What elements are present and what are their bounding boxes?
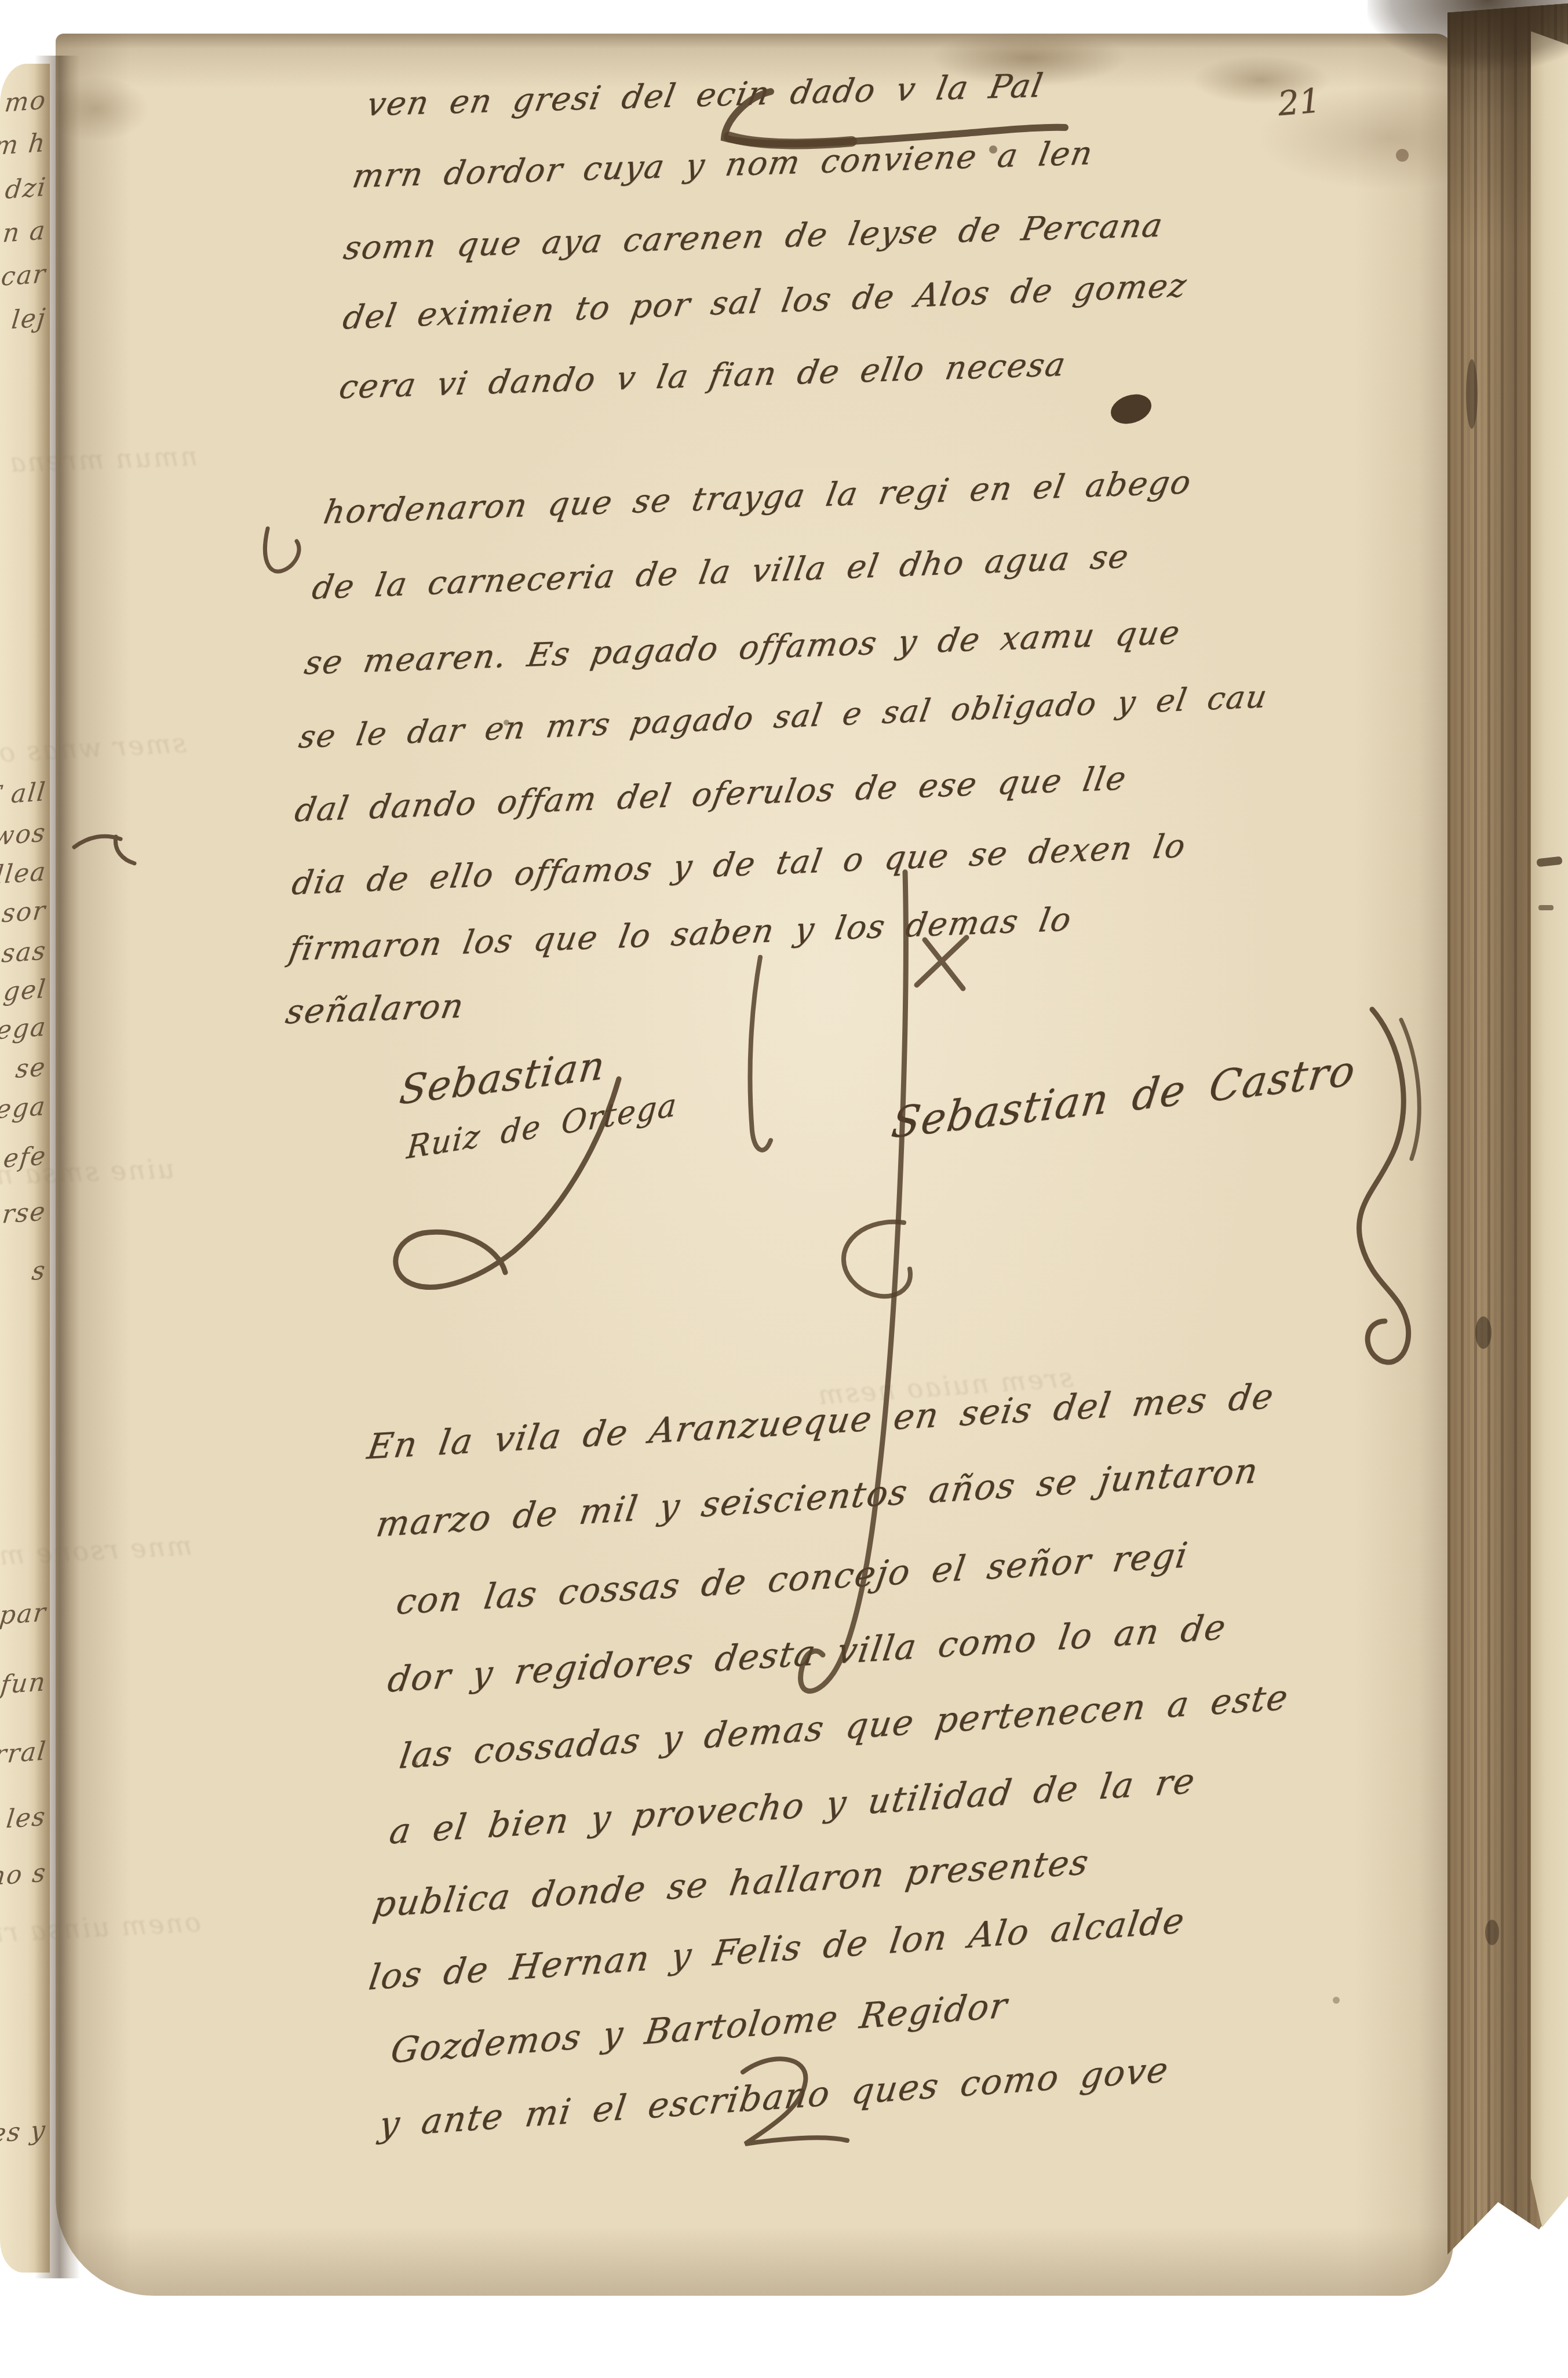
closing-word: señalaron	[283, 986, 468, 1031]
outer-leaf-edge	[1531, 31, 1568, 2263]
folio-number: 21	[1276, 81, 1322, 123]
top-right-worn-corner	[1368, 0, 1568, 93]
manuscript-photo: mo om h dzi n a car lej T all wos llea s…	[0, 0, 1568, 2378]
